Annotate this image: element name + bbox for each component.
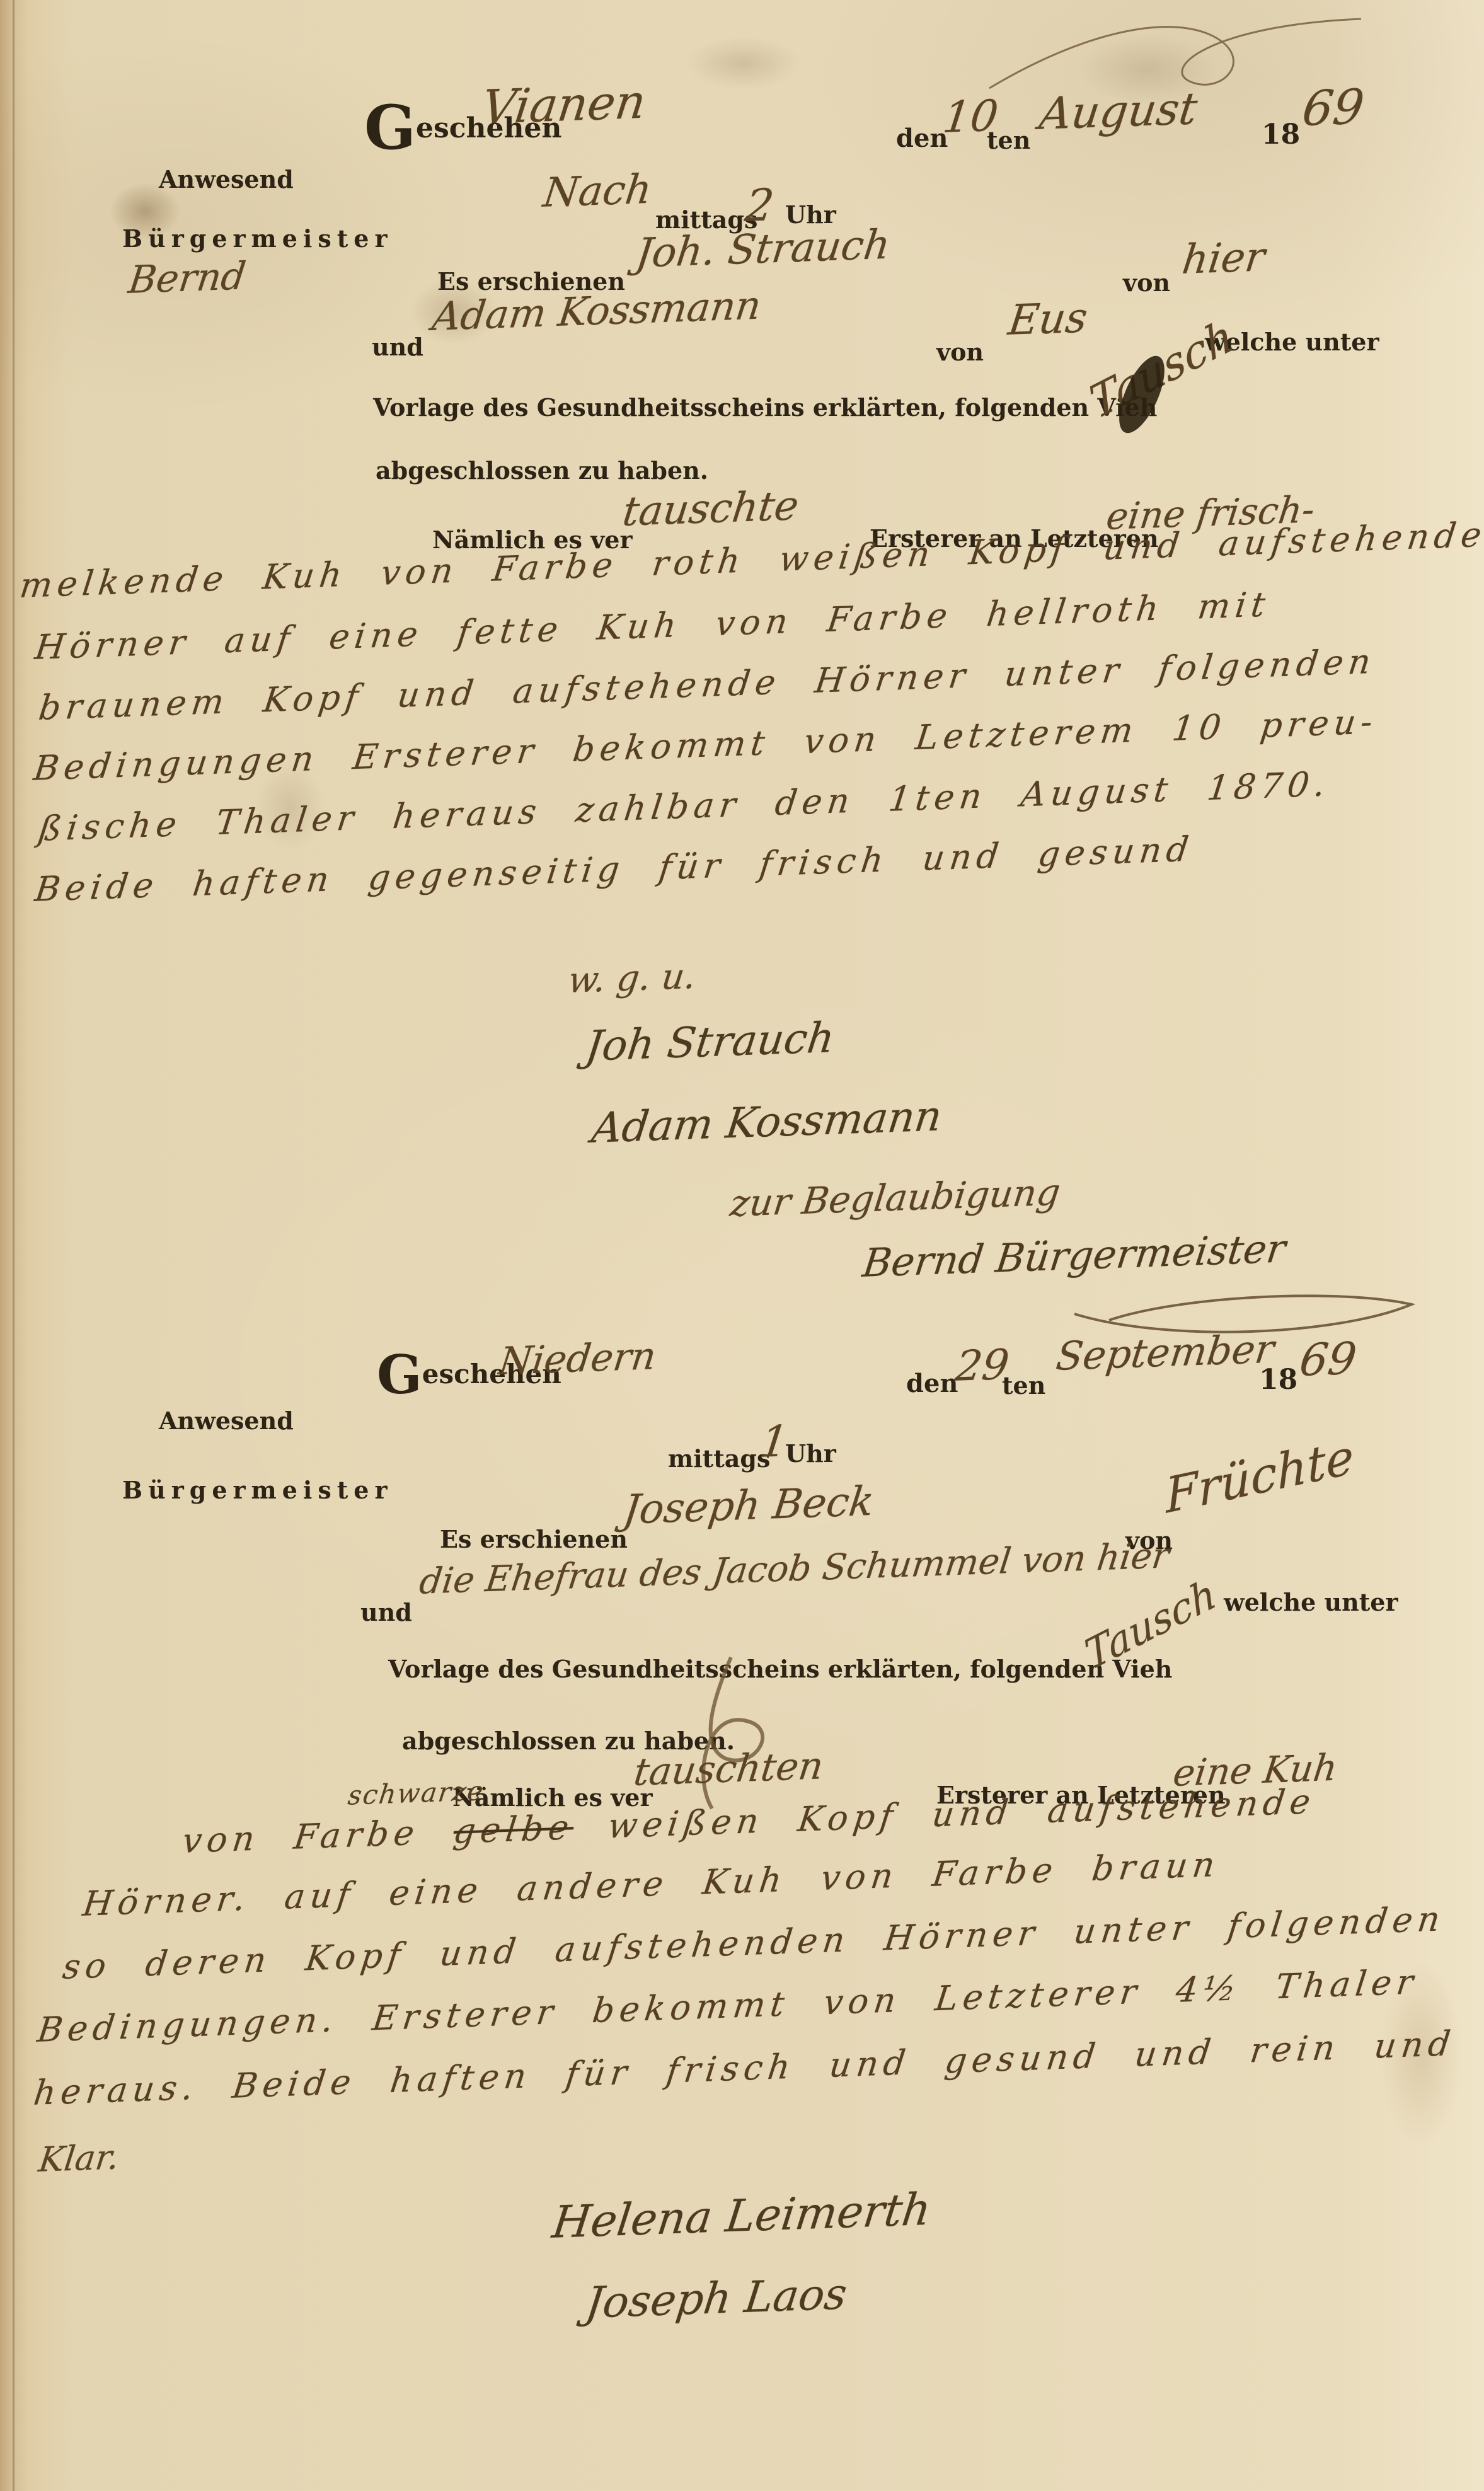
entry1-mayor-margin-signature: Bernd bbox=[126, 254, 248, 302]
entry2-ten-label: ten bbox=[1002, 1371, 1045, 1400]
entry1-von-label-1: von bbox=[1123, 268, 1170, 297]
entry1-signature-mayor: Bernd Bürgermeister bbox=[860, 1225, 1288, 1286]
ornate-initial: G bbox=[364, 92, 416, 163]
entry2-inserted-word: schwarze bbox=[346, 1775, 486, 1811]
entry2-signature-party2: Helena Leimerth bbox=[549, 2183, 934, 2248]
entry2-last-word-handwritten: Klar. bbox=[37, 2137, 122, 2180]
entry1-wgu-abbreviation: w. g. u. bbox=[566, 956, 698, 1001]
entry1-century-label: 18 bbox=[1262, 118, 1300, 151]
stain bbox=[662, 25, 825, 101]
entry1-anwesend-label: Anwesend bbox=[159, 165, 294, 193]
entry1-party1-handwritten: Joh. Strauch bbox=[633, 222, 893, 277]
entry1-vorlage-line-label: Vorlage des Gesundheitsscheins erklärten… bbox=[373, 393, 1157, 422]
entry1-signature-party2: Adam Kossmann bbox=[589, 1091, 945, 1153]
entry2-uhr-label: Uhr bbox=[785, 1439, 836, 1468]
ornate-initial: G bbox=[377, 1343, 422, 1406]
entry2-place-handwritten: Niedern bbox=[497, 1334, 659, 1384]
entry1-beglaubigung-handwritten: zur Beglaubigung bbox=[728, 1170, 1062, 1225]
entry2-anwesend-label: Anwesend bbox=[159, 1407, 294, 1435]
entry1-party2-from-handwritten: Eus bbox=[1006, 293, 1090, 345]
entry2-vorlage-line-label: Vorlage des Gesundheitsscheins erklärten… bbox=[388, 1655, 1172, 1683]
entry2-party1-from-handwritten: Früchte bbox=[1164, 1428, 1355, 1524]
entry2-es-erschienen-label: Es erschienen bbox=[440, 1525, 628, 1553]
entry2-party1-handwritten: Joseph Beck bbox=[621, 1478, 877, 1534]
binding-edge bbox=[13, 0, 14, 2491]
entry2-signature-party1: Joseph Laos bbox=[583, 2269, 849, 2328]
entry2-buergermeister-label: Bürgermeister bbox=[122, 1476, 393, 1504]
entry1-abgeschlossen-label: abgeschlossen zu haben. bbox=[376, 456, 708, 485]
entry2-line1-pre: von Farbe bbox=[180, 1812, 456, 1861]
entry1-year-handwritten: 69 bbox=[1299, 78, 1367, 137]
entry1-von-label-2: von bbox=[936, 338, 984, 366]
entry2-und-label: und bbox=[360, 1598, 412, 1626]
entry1-hour-handwritten: 2 bbox=[742, 179, 777, 232]
entry1-ten-label: ten bbox=[987, 126, 1030, 154]
entry2-mittags-label: mittags bbox=[668, 1444, 770, 1473]
entry1-place-handwritten: Vianen bbox=[479, 75, 649, 135]
entry1-und-label: und bbox=[372, 333, 423, 361]
entry2-ver-word-handwritten: tauschten bbox=[631, 1744, 825, 1795]
entry1-party1-from-handwritten: hier bbox=[1180, 234, 1267, 284]
entry2-crossed-word: gelbe bbox=[451, 1807, 576, 1851]
entry2-month-handwritten: September bbox=[1054, 1326, 1277, 1379]
entry2-welche-unter-label: welche unter bbox=[1224, 1588, 1398, 1616]
entry1-signature-party1: Joh Strauch bbox=[583, 1013, 837, 1071]
entry2-den-label: den bbox=[906, 1369, 958, 1398]
entry1-ver-word-handwritten: tauschte bbox=[620, 483, 802, 536]
entry1-time-prefix-handwritten: Nach bbox=[541, 166, 654, 217]
entry1-buergermeister-label: Bürgermeister bbox=[122, 224, 393, 253]
register-page: Geschehen Vianen den 10 ten August 18 69… bbox=[0, 0, 1484, 2491]
entry2-year-handwritten: 69 bbox=[1297, 1332, 1359, 1386]
entry1-month-handwritten: August bbox=[1037, 83, 1200, 140]
entry2-century-label: 18 bbox=[1259, 1364, 1297, 1396]
